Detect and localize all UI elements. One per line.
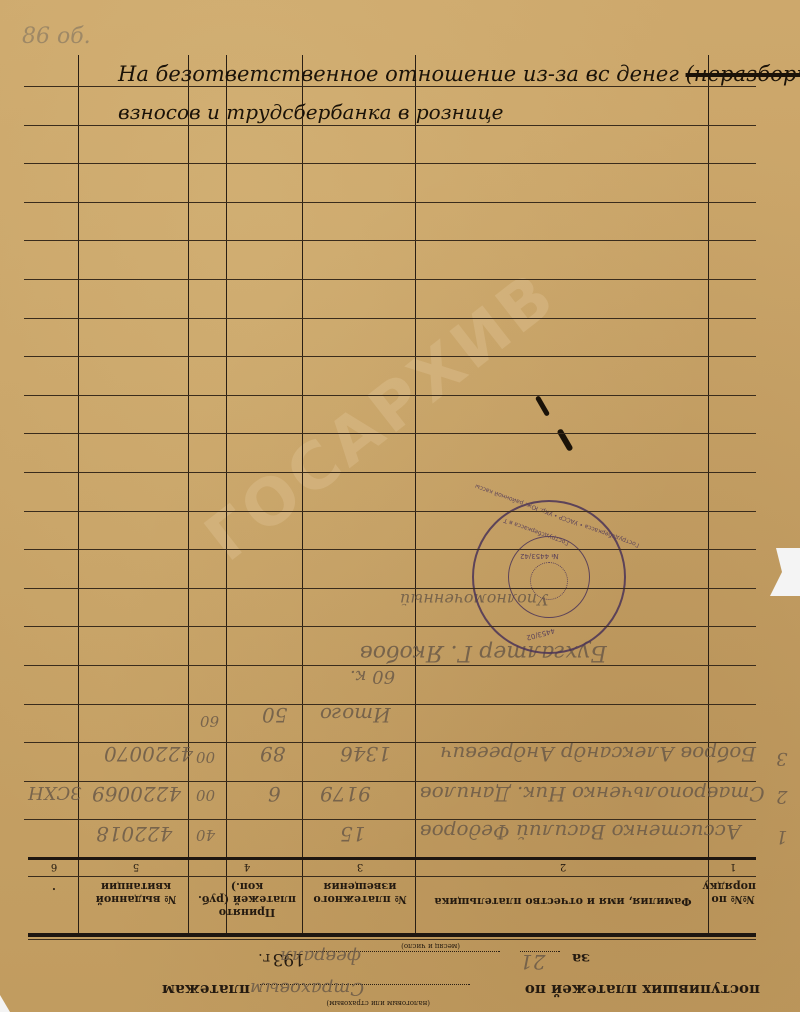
row3-name: Бобров Александр Андреевич: [440, 742, 756, 766]
archive-folio-mark: 86 об.: [22, 24, 91, 49]
document-sheet: ГОСАРХИВ 86 об. 6 5 4 3 2 1 . № выданной…: [0, 0, 800, 1012]
row1-receipt: 422018: [96, 822, 172, 846]
handwritten-note-line2: взносов и трудсбербанка в рознице: [118, 100, 503, 124]
row2-extra: ЗСХН: [28, 782, 82, 803]
row3-rub: 89: [260, 742, 285, 766]
stamp-number-top: № 4453/42: [520, 552, 559, 560]
ink-smudge: [556, 428, 573, 452]
header-bottom-rule-thin: [28, 939, 756, 940]
row-line: [24, 240, 756, 241]
row-line: [24, 742, 756, 743]
form-title-line1: поступивших платежей по (налоговым или с…: [100, 975, 760, 1007]
column-line: [302, 55, 303, 935]
row1-name: Ассистенко Василий Федоров: [420, 820, 741, 844]
row-line: [24, 318, 756, 319]
column-number-3: 3: [306, 861, 414, 872]
row-line: [24, 626, 756, 627]
row-line: [24, 665, 756, 666]
ink-smudge: [535, 395, 550, 417]
handwritten-note-line1: На безответственное отношение из-за вс д…: [118, 62, 800, 86]
total-label: Итого: [320, 703, 391, 727]
column-header-3: № платежного извещения: [306, 880, 414, 906]
row-line: [24, 279, 756, 280]
row2-receipt: 4220069: [92, 782, 181, 806]
header-top-rule: [28, 857, 756, 860]
row3-notice: 1346: [340, 742, 391, 766]
column-number-5: 5: [84, 861, 188, 872]
signature-kop-note: 60 к.: [350, 666, 395, 687]
column-line: [78, 55, 79, 935]
row1-notice: 15: [340, 822, 365, 846]
row-line: [24, 202, 756, 203]
header-bottom-rule: [28, 933, 756, 937]
row3-number: 3: [776, 748, 787, 769]
torn-paper-edge: [770, 548, 800, 596]
row-line: [24, 433, 756, 434]
total-rub: 50: [262, 703, 287, 727]
total-kop: 60: [200, 712, 219, 730]
torn-paper-edge: [0, 995, 10, 1012]
row-line: [24, 819, 756, 820]
column-number-2: 2: [418, 861, 708, 872]
column-number-4: 4: [192, 861, 302, 872]
column-line: [415, 55, 416, 935]
handwritten-day: 21: [520, 950, 545, 974]
row-line: [24, 549, 756, 550]
column-line: [188, 55, 189, 935]
row-line: [24, 472, 756, 473]
row2-name: Ставропольченко Ник. Данилов: [420, 782, 765, 806]
row-line: [24, 125, 756, 126]
header-number-rule: [28, 876, 756, 877]
stamp-emblem: [530, 562, 568, 600]
row-line: [24, 511, 756, 512]
row1-kop: 40: [196, 826, 215, 844]
row-line: [24, 163, 756, 164]
row3-kop: 00: [196, 748, 215, 766]
row-line: [24, 704, 756, 705]
column-header-1: №№ по порядку: [710, 880, 756, 906]
row-line: [24, 588, 756, 589]
row1-number: 1: [776, 826, 787, 847]
row3-receipt: 4220070: [104, 742, 193, 766]
column-header-2: Фамилия, имя и отчество плательщика: [418, 895, 708, 908]
row-line: [24, 781, 756, 782]
column-number-1: 1: [710, 861, 756, 872]
column-header-4: Принято платежей (руб. коп.): [192, 880, 302, 919]
column-number-6: 6: [30, 861, 78, 872]
row-line: [24, 356, 756, 357]
column-line: [226, 55, 227, 935]
row2-number: 2: [776, 786, 787, 807]
row2-kop: 00: [196, 786, 215, 804]
handwritten-month: февраля: [280, 946, 361, 967]
stamp-number-bottom: 4453/02: [525, 626, 555, 641]
column-header-6: .: [30, 885, 78, 898]
row2-notice: 9179: [320, 782, 371, 806]
row-line: [24, 395, 756, 396]
row-line: [24, 86, 756, 87]
column-header-5: № выданной квитанции: [84, 880, 188, 906]
official-round-stamp: № 4453/42 4453/02 Гострудсберкасса • УАС…: [472, 500, 626, 654]
handwritten-payment-type: Страховым: [250, 978, 364, 999]
row2-rub: 6: [268, 782, 281, 806]
